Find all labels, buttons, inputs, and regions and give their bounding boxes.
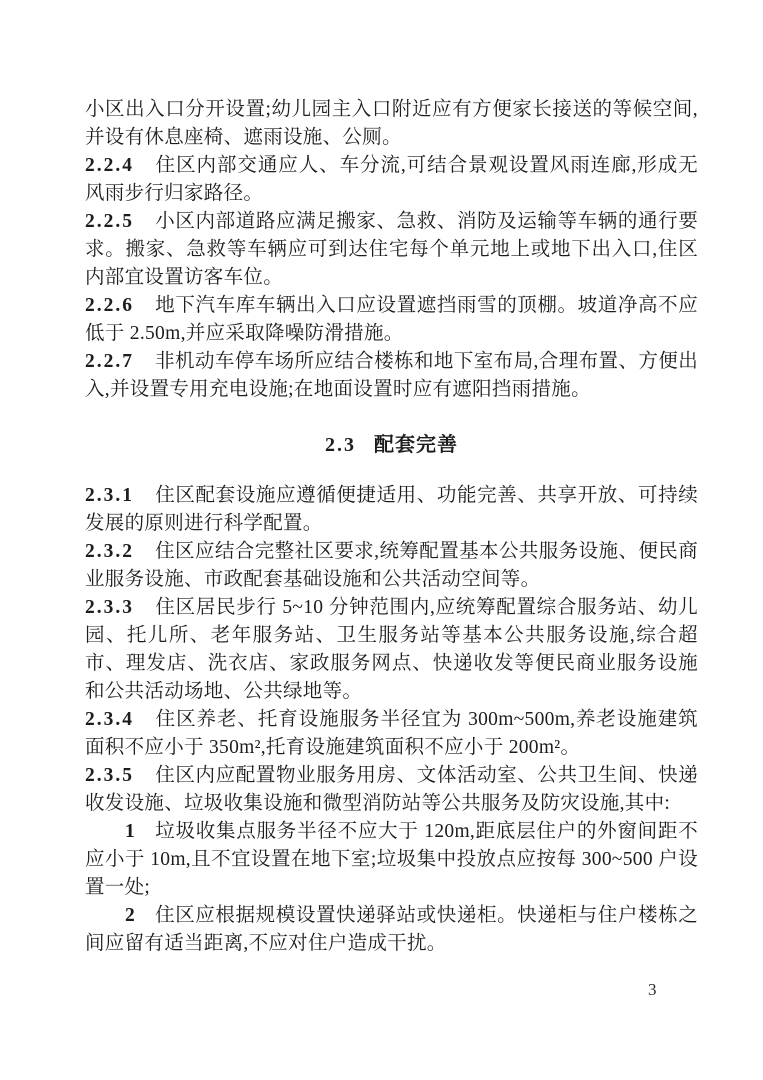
- clause-number: 2.2.7: [85, 351, 155, 372]
- clause-2-2-6: 2.2.6地下汽车库车辆出入口应设置遮挡雨雪的顶棚。坡道净高不应低于 2.50m…: [85, 292, 698, 348]
- sub-item-text: 垃圾收集点服务半径不应大于 120m,距底层住户的外窗间距不应小于 10m,且不…: [85, 821, 698, 898]
- section-heading-number: 2.3: [325, 434, 356, 456]
- clause-number: 2.2.4: [85, 155, 155, 176]
- clause-text: 住区养老、托育设施服务半径宜为 300m~500m,养老设施建筑面积不应小于 3…: [85, 709, 698, 758]
- sub-item-number: 2: [125, 905, 155, 926]
- page-number: 3: [648, 980, 657, 1000]
- sub-item-1: 1垃圾收集点服务半径不应大于 120m,距底层住户的外窗间距不应小于 10m,且…: [85, 818, 698, 902]
- document-page: 小区出入口分开设置;幼儿园主入口附近应有方便家长接送的等候空间,并设有休息座椅、…: [0, 0, 763, 1080]
- clause-text: 小区内部道路应满足搬家、急救、消防及运输等车辆的通行要求。搬家、急救等车辆应可到…: [85, 211, 698, 288]
- clause-text: 住区配套设施应遵循便捷适用、功能完善、共享开放、可持续发展的原则进行科学配置。: [85, 485, 698, 534]
- clause-text: 住区应结合完整社区要求,统筹配置基本公共服务设施、便民商业服务设施、市政配套基础…: [85, 541, 698, 590]
- clause-number: 2.3.1: [85, 485, 155, 506]
- sub-item-number: 1: [125, 821, 155, 842]
- clause-text: 地下汽车库车辆出入口应设置遮挡雨雪的顶棚。坡道净高不应低于 2.50m,并应采取…: [85, 295, 698, 344]
- paragraph-text: 小区出入口分开设置;幼儿园主入口附近应有方便家长接送的等候空间,并设有休息座椅、…: [85, 99, 698, 148]
- clause-number: 2.3.2: [85, 541, 155, 562]
- clause-text: 住区居民步行 5~10 分钟范围内,应统筹配置综合服务站、幼儿园、托儿所、老年服…: [85, 597, 698, 702]
- page-content: 小区出入口分开设置;幼儿园主入口附近应有方便家长接送的等候空间,并设有休息座椅、…: [85, 96, 698, 958]
- clause-2-3-1: 2.3.1住区配套设施应遵循便捷适用、功能完善、共享开放、可持续发展的原则进行科…: [85, 482, 698, 538]
- clause-number: 2.3.5: [85, 765, 155, 786]
- paragraph-continuation: 小区出入口分开设置;幼儿园主入口附近应有方便家长接送的等候空间,并设有休息座椅、…: [85, 96, 698, 152]
- clause-2-3-3: 2.3.3住区居民步行 5~10 分钟范围内,应统筹配置综合服务站、幼儿园、托儿…: [85, 594, 698, 706]
- clause-text: 住区内部交通应人、车分流,可结合景观设置风雨连廊,形成无风雨步行归家路径。: [85, 155, 698, 204]
- clause-number: 2.3.4: [85, 709, 155, 730]
- section-heading: 2.3配套完善: [85, 430, 698, 460]
- clause-2-3-2: 2.3.2住区应结合完整社区要求,统筹配置基本公共服务设施、便民商业服务设施、市…: [85, 538, 698, 594]
- clause-2-3-4: 2.3.4住区养老、托育设施服务半径宜为 300m~500m,养老设施建筑面积不…: [85, 706, 698, 762]
- clause-number: 2.2.6: [85, 295, 155, 316]
- clause-number: 2.2.5: [85, 211, 155, 232]
- clause-2-2-5: 2.2.5小区内部道路应满足搬家、急救、消防及运输等车辆的通行要求。搬家、急救等…: [85, 208, 698, 292]
- section-heading-title: 配套完善: [374, 434, 458, 456]
- sub-item-2: 2住区应根据规模设置快递驿站或快递柜。快递柜与住户楼栋之间应留有适当距离,不应对…: [85, 902, 698, 958]
- clause-2-2-7: 2.2.7非机动车停车场所应结合楼栋和地下室布局,合理布置、方便出入,并设置专用…: [85, 348, 698, 404]
- clause-number: 2.3.3: [85, 597, 155, 618]
- clause-2-2-4: 2.2.4住区内部交通应人、车分流,可结合景观设置风雨连廊,形成无风雨步行归家路…: [85, 152, 698, 208]
- clause-2-3-5: 2.3.5住区内应配置物业服务用房、文体活动室、公共卫生间、快递收发设施、垃圾收…: [85, 762, 698, 818]
- clause-text: 住区内应配置物业服务用房、文体活动室、公共卫生间、快递收发设施、垃圾收集设施和微…: [85, 765, 698, 814]
- clause-text: 非机动车停车场所应结合楼栋和地下室布局,合理布置、方便出入,并设置专用充电设施;…: [85, 351, 698, 400]
- sub-item-text: 住区应根据规模设置快递驿站或快递柜。快递柜与住户楼栋之间应留有适当距离,不应对住…: [85, 905, 698, 954]
